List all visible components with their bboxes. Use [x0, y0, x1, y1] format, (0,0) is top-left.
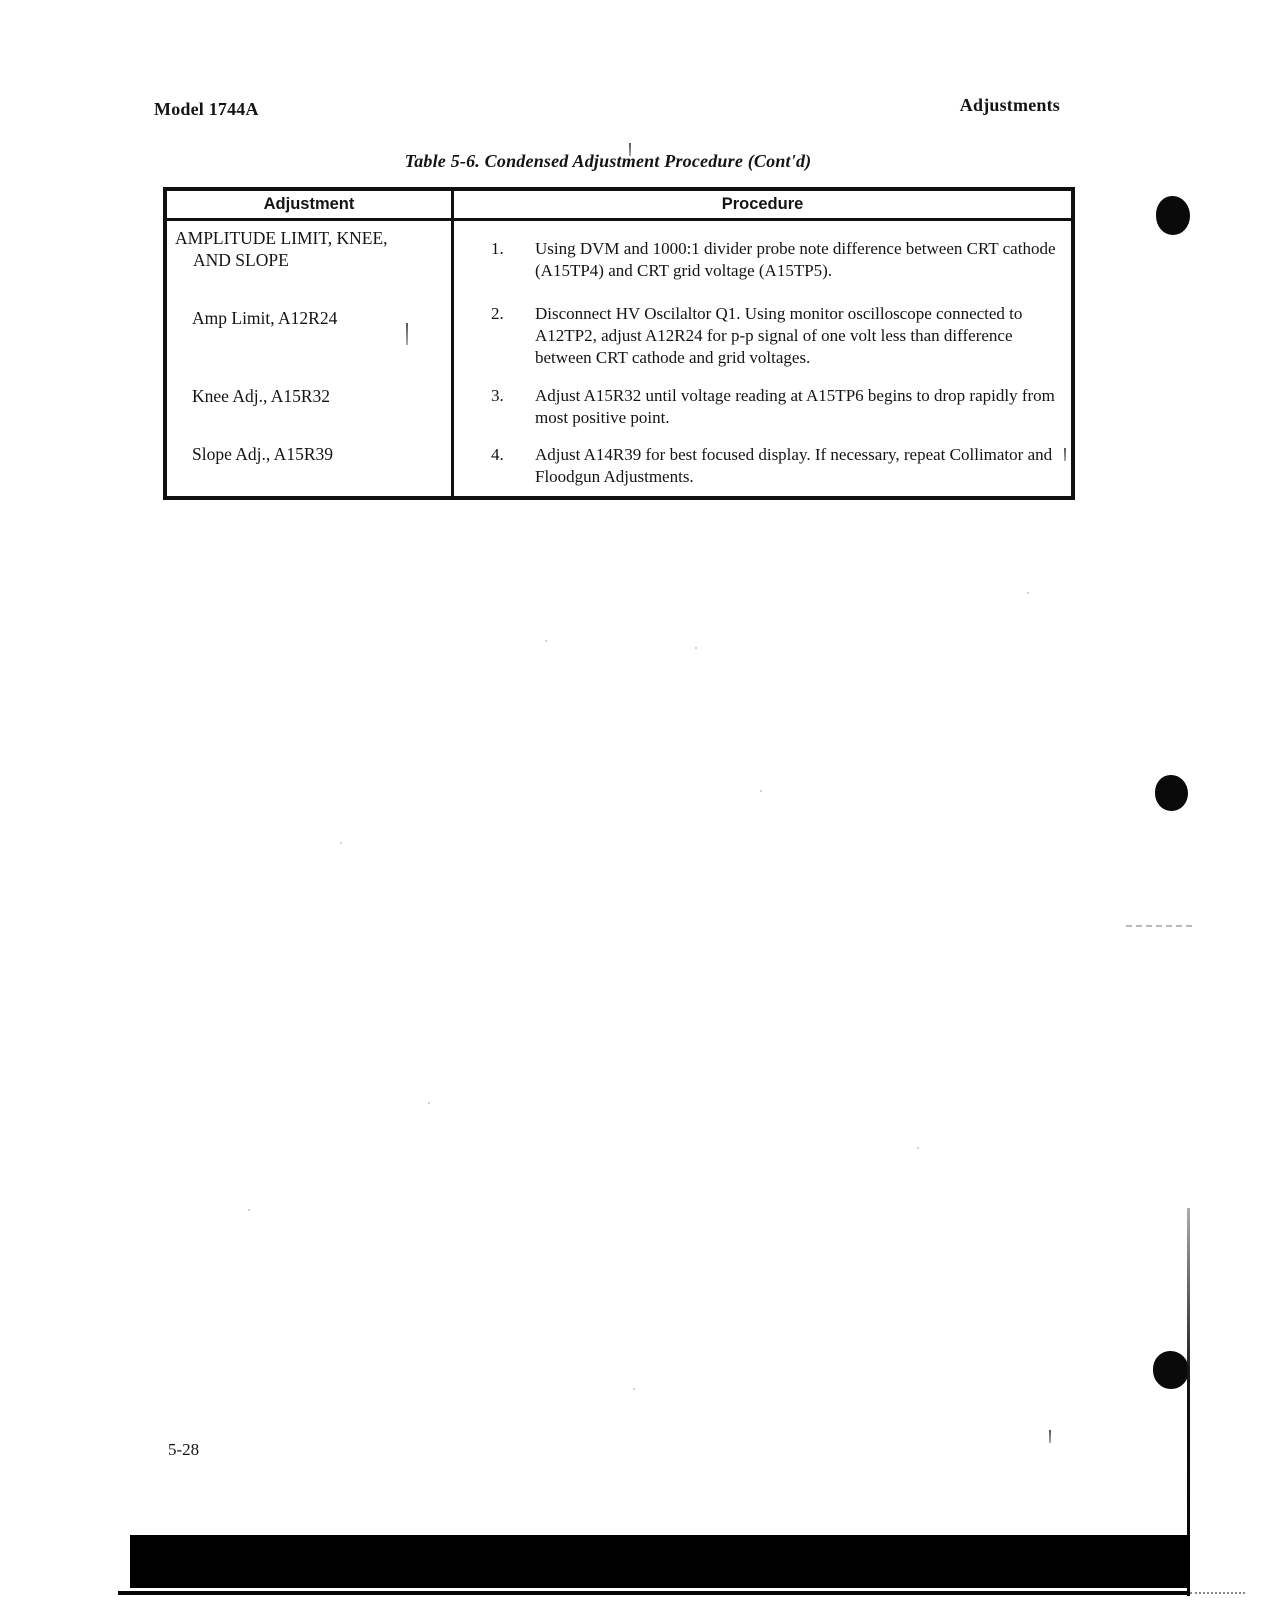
scan-speck	[917, 1147, 919, 1149]
header-model: Model 1744A	[154, 99, 259, 120]
table-header-row: Adjustment Procedure	[167, 191, 1071, 221]
adjustment-cell: Amp Limit, A12R24	[167, 303, 454, 385]
scan-speck	[1049, 1430, 1051, 1443]
table-row: AMPLITUDE LIMIT, KNEE, AND SLOPE 1. Usin…	[167, 221, 1071, 303]
adjustment-label: AND SLOPE	[167, 249, 451, 271]
scan-speck	[760, 790, 762, 792]
column-header-adjustment: Adjustment	[167, 191, 454, 218]
step-text: Adjust A15R32 until voltage reading at A…	[535, 385, 1069, 429]
registration-dot	[1156, 196, 1190, 235]
step-number: 4.	[491, 444, 535, 466]
step-text: Adjust A14R39 for best focused display. …	[535, 444, 1069, 488]
scan-speck	[406, 323, 408, 345]
scan-speck	[340, 842, 342, 844]
scan-bottom-line	[118, 1591, 1190, 1595]
table-row: Knee Adj., A15R32 3. Adjust A15R32 until…	[167, 385, 1071, 443]
scan-speck	[248, 1209, 250, 1211]
registration-dot	[1153, 1351, 1189, 1389]
adjustment-cell: Slope Adj., A15R39	[167, 443, 454, 497]
table-title: Table 5-6. Condensed Adjustment Procedur…	[152, 151, 1064, 172]
scan-speck	[695, 647, 697, 649]
scan-speck	[629, 143, 631, 156]
scan-bottom-line-faint	[1190, 1592, 1245, 1594]
scan-speck	[545, 640, 547, 642]
procedure-cell: 3. Adjust A15R32 until voltage reading a…	[454, 385, 1071, 443]
procedure-cell: 2. Disconnect HV Oscilaltor Q1. Using mo…	[454, 303, 1071, 385]
adjustment-cell: AMPLITUDE LIMIT, KNEE, AND SLOPE	[167, 221, 454, 303]
scan-speck	[1027, 592, 1029, 594]
registration-dot	[1155, 775, 1188, 811]
page-number: 5-28	[168, 1440, 199, 1460]
table-row: Slope Adj., A15R39 4. Adjust A14R39 for …	[167, 443, 1071, 497]
scan-artifact-dashes	[1126, 925, 1192, 927]
table-row: Amp Limit, A12R24 2. Disconnect HV Oscil…	[167, 303, 1071, 385]
scan-speck	[428, 1102, 430, 1104]
adjustment-label: Slope Adj., A15R39	[167, 443, 451, 465]
document-page: Model 1744A Adjustments Table 5-6. Conde…	[0, 0, 1282, 1600]
scan-bottom-bar	[130, 1535, 1190, 1588]
scan-speck	[633, 1388, 635, 1390]
adjustment-table: Adjustment Procedure AMPLITUDE LIMIT, KN…	[163, 187, 1075, 500]
step-text: Using DVM and 1000:1 divider probe note …	[535, 238, 1069, 282]
step-number: 1.	[491, 238, 535, 260]
adjustment-label: Knee Adj., A15R32	[167, 385, 451, 407]
procedure-cell: 1. Using DVM and 1000:1 divider probe no…	[454, 221, 1071, 303]
scan-speck	[1064, 448, 1066, 461]
table-body: AMPLITUDE LIMIT, KNEE, AND SLOPE 1. Usin…	[167, 221, 1071, 497]
procedure-cell: 4. Adjust A14R39 for best focused displa…	[454, 443, 1071, 497]
step-text: Disconnect HV Oscilaltor Q1. Using monit…	[535, 303, 1069, 369]
column-header-procedure: Procedure	[454, 191, 1071, 218]
header-section: Adjustments	[960, 95, 1060, 116]
step-number: 2.	[491, 303, 535, 325]
step-number: 3.	[491, 385, 535, 407]
adjustment-label: AMPLITUDE LIMIT, KNEE,	[167, 227, 451, 249]
adjustment-label: Amp Limit, A12R24	[167, 307, 451, 329]
adjustment-cell: Knee Adj., A15R32	[167, 385, 454, 443]
